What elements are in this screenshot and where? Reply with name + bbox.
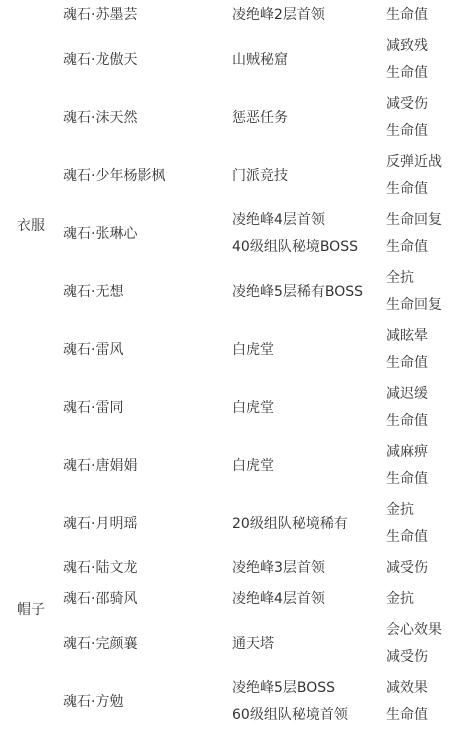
table-row: 魂石·唐娟娟白虎堂减麻痹生命值 <box>0 437 471 495</box>
item-source: 白虎堂 <box>232 437 386 495</box>
source-line: 白虎堂 <box>232 337 386 364</box>
item-source: 门派竞技 <box>232 147 386 205</box>
attribute-line: 生命值 <box>386 408 471 435</box>
item-attributes: 生命值 <box>386 0 471 31</box>
item-source: 山贼秘窟 <box>232 31 386 89</box>
table-row: 魂石·龙傲天山贼秘窟减致残生命值 <box>0 31 471 89</box>
source-line: 20级组队秘境稀有 <box>232 511 386 538</box>
table-row: 魂石·方勉凌绝峰5层BOSS60级组队秘境首领减效果生命值 <box>0 673 471 731</box>
item-name: 魂石·龙傲天 <box>60 31 232 89</box>
source-line: 凌绝峰2层首领 <box>232 2 386 29</box>
source-line: 白虎堂 <box>232 453 386 480</box>
item-name: 魂石·少年杨影枫 <box>60 147 232 205</box>
attribute-line: 生命回复 <box>386 207 471 234</box>
attribute-line: 减受伤 <box>386 644 471 671</box>
item-attributes: 反弹近战生命值 <box>386 147 471 205</box>
table-row: 魂石·少年杨影枫门派竞技反弹近战生命值 <box>0 147 471 205</box>
item-attributes: 金抗 <box>386 584 471 615</box>
item-attributes: 金抗生命值 <box>386 495 471 553</box>
source-line: 通天塔 <box>232 631 386 658</box>
item-source: 凌绝峰3层首领 <box>232 553 386 584</box>
item-source: 凌绝峰5层稀有BOSS <box>232 263 386 321</box>
attribute-line: 减麻痹 <box>386 439 471 466</box>
item-attributes: 减效果生命值 <box>386 673 471 731</box>
item-name: 魂石·方勉 <box>60 673 232 731</box>
soulstone-table-body: 衣服魂石·苏墨芸凌绝峰2层首领生命值魂石·龙傲天山贼秘窟减致残生命值魂石·沫天然… <box>0 0 471 731</box>
table-row: 魂石·雷风白虎堂减眩晕生命值 <box>0 321 471 379</box>
item-source: 凌绝峰4层首领 <box>232 584 386 615</box>
table-row: 魂石·雷同白虎堂减迟缓生命值 <box>0 379 471 437</box>
attribute-line: 生命值 <box>386 60 471 87</box>
attribute-line: 全抗 <box>386 265 471 292</box>
attribute-line: 反弹近战 <box>386 149 471 176</box>
item-name: 魂石·无想 <box>60 263 232 321</box>
item-name: 魂石·雷风 <box>60 321 232 379</box>
item-source: 20级组队秘境稀有 <box>232 495 386 553</box>
source-line: 60级组队秘境首领 <box>232 702 386 729</box>
source-line: 凌绝峰3层首领 <box>232 555 386 582</box>
item-name: 魂石·月明瑶 <box>60 495 232 553</box>
table-row: 魂石·张琳心凌绝峰4层首领40级组队秘境BOSS生命回复生命值 <box>0 205 471 263</box>
table-row: 帽子魂石·陆文龙凌绝峰3层首领减受伤 <box>0 553 471 584</box>
attribute-line: 生命值 <box>386 2 471 29</box>
attribute-line: 减受伤 <box>386 91 471 118</box>
item-source: 凌绝峰4层首领40级组队秘境BOSS <box>232 205 386 263</box>
table-row: 魂石·完颜襄通天塔会心效果减受伤 <box>0 615 471 673</box>
item-attributes: 全抗生命回复 <box>386 263 471 321</box>
category-label: 帽子 <box>17 597 45 624</box>
item-source: 凌绝峰5层BOSS60级组队秘境首领 <box>232 673 386 731</box>
item-source: 白虎堂 <box>232 379 386 437</box>
table-row: 魂石·月明瑶20级组队秘境稀有金抗生命值 <box>0 495 471 553</box>
item-source: 凌绝峰2层首领 <box>232 0 386 31</box>
item-name: 魂石·苏墨芸 <box>60 0 232 31</box>
attribute-line: 金抗 <box>386 586 471 613</box>
attribute-line: 生命值 <box>386 234 471 261</box>
item-attributes: 减受伤 <box>386 553 471 584</box>
source-line: 门派竞技 <box>232 163 386 190</box>
item-attributes: 减迟缓生命值 <box>386 379 471 437</box>
item-attributes: 减受伤生命值 <box>386 89 471 147</box>
soulstone-table: 衣服魂石·苏墨芸凌绝峰2层首领生命值魂石·龙傲天山贼秘窟减致残生命值魂石·沫天然… <box>0 0 471 731</box>
source-line: 凌绝峰5层BOSS <box>232 675 386 702</box>
item-name: 魂石·唐娟娟 <box>60 437 232 495</box>
attribute-line: 生命值 <box>386 176 471 203</box>
attribute-line: 减效果 <box>386 675 471 702</box>
attribute-line: 减受伤 <box>386 555 471 582</box>
item-name: 魂石·沫天然 <box>60 89 232 147</box>
item-attributes: 减眩晕生命值 <box>386 321 471 379</box>
attribute-line: 生命值 <box>386 702 471 729</box>
attribute-line: 生命回复 <box>386 292 471 319</box>
attribute-line: 生命值 <box>386 118 471 145</box>
item-name: 魂石·陆文龙 <box>60 553 232 584</box>
attribute-line: 生命值 <box>386 524 471 551</box>
table-row: 魂石·沫天然惩恶任务减受伤生命值 <box>0 89 471 147</box>
attribute-line: 金抗 <box>386 497 471 524</box>
table-row: 魂石·邵骑风凌绝峰4层首领金抗 <box>0 584 471 615</box>
item-attributes: 会心效果减受伤 <box>386 615 471 673</box>
item-attributes: 减致残生命值 <box>386 31 471 89</box>
item-source: 惩恶任务 <box>232 89 386 147</box>
source-line: 惩恶任务 <box>232 105 386 132</box>
source-line: 凌绝峰4层首领 <box>232 207 386 234</box>
attribute-line: 生命值 <box>386 466 471 493</box>
source-line: 白虎堂 <box>232 395 386 422</box>
attribute-line: 生命值 <box>386 350 471 377</box>
category-label: 衣服 <box>17 213 45 240</box>
table-row: 魂石·无想凌绝峰5层稀有BOSS全抗生命回复 <box>0 263 471 321</box>
item-source: 通天塔 <box>232 615 386 673</box>
attribute-line: 减致残 <box>386 33 471 60</box>
item-name: 魂石·邵骑风 <box>60 584 232 615</box>
item-attributes: 减麻痹生命值 <box>386 437 471 495</box>
attribute-line: 减眩晕 <box>386 323 471 350</box>
item-name: 魂石·完颜襄 <box>60 615 232 673</box>
source-line: 凌绝峰4层首领 <box>232 586 386 613</box>
category-cell: 衣服 <box>0 0 60 553</box>
item-name: 魂石·雷同 <box>60 379 232 437</box>
item-attributes: 生命回复生命值 <box>386 205 471 263</box>
item-source: 白虎堂 <box>232 321 386 379</box>
table-row: 衣服魂石·苏墨芸凌绝峰2层首领生命值 <box>0 0 471 31</box>
item-name: 魂石·张琳心 <box>60 205 232 263</box>
source-line: 山贼秘窟 <box>232 47 386 74</box>
category-cell: 帽子 <box>0 553 60 731</box>
source-line: 40级组队秘境BOSS <box>232 234 386 261</box>
attribute-line: 会心效果 <box>386 617 471 644</box>
attribute-line: 减迟缓 <box>386 381 471 408</box>
source-line: 凌绝峰5层稀有BOSS <box>232 279 386 306</box>
